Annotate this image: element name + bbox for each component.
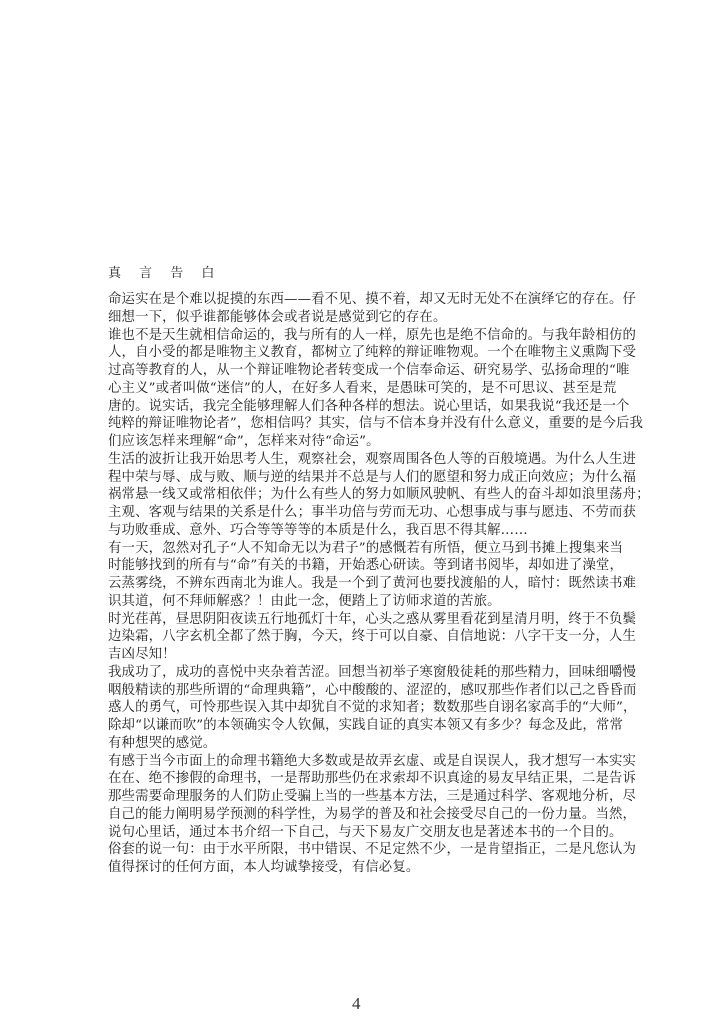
text-line: 那些需要命理服务的人们防止受骗上当的一些基本方法，三是通过科学、客观地分析，尽 — [108, 788, 618, 806]
text-line: 时能够找到的所有与“命”有关的书籍，开始悉心研读。等到诸书阅毕，却如进了澡堂， — [108, 557, 618, 575]
text-line: 边染霜，八字玄机全都了然于胸，今天，终于可以自豪、自信地说：八字干支一分，人生 — [108, 628, 618, 646]
text-line: 纯粹的辩证唯物论者”，您相信吗？其实，信与不信本身并没有什么意义，重要的是今后我 — [108, 415, 618, 433]
text-line: 有感于当今市面上的命理书籍绝大多数或是故弄玄虚、或是自误误人，我才想写一本实实 — [108, 753, 618, 771]
text-line: 俗套的说一句：由于水平所限，书中错误、不足定然不少，一是肯望指正，二是凡您认为 — [108, 841, 618, 859]
text-line: 祸常悬一线又或常相依伴；为什么有些人的努力如顺风驶帆、有些人的奋斗却如浪里荡舟； — [108, 486, 618, 504]
text-line: 自己的能力阐明易学预测的科学性，为易学的普及和社会接受尽自己的一份力量。当然， — [108, 806, 618, 824]
text-line: 除却“以谦而吹”的本领确实令人钦佩，实践自证的真实本领又有多少？每念及此，常常 — [108, 717, 618, 735]
page-number: 4 — [352, 994, 361, 1014]
text-line: 生活的波折让我开始思考人生，观察社会，观察周围各色人等的百般境遇。为什么人生进 — [108, 451, 618, 469]
body-text: 命运实在是个难以捉摸的东西——看不见、摸不着，却又无时无处不在演绎它的存在。仔 … — [108, 291, 618, 877]
text-line: 说句心里话，通过本书介绍一下自己，与天下易友广交朋友也是著述本书的一个目的。 — [108, 824, 618, 842]
document-page: 真 言 告 白 命运实在是个难以捉摸的东西——看不见、摸不着，却又无时无处不在演… — [0, 0, 724, 1024]
text-line: 惑人的勇气，可怜那些误入其中却犹自不觉的求知者；数数那些自诩名家高手的“大师”， — [108, 699, 618, 717]
text-line: 细想一下，似乎谁都能够体会或者说是感觉到它的存在。 — [108, 309, 618, 327]
text-line: 心主义”或者叫做“迷信”的人，在好多人看来，是愚昧可笑的，是不可思议、甚至是荒 — [108, 380, 618, 398]
text-line: 值得探讨的任何方面，本人均诚挚接受，有信必复。 — [108, 859, 618, 877]
text-line: 过高等教育的人，从一个辩证唯物论者转变成一个信奉命运、研究易学、弘扬命理的“唯 — [108, 362, 618, 380]
text-line: 命运实在是个难以捉摸的东西——看不见、摸不着，却又无时无处不在演绎它的存在。仔 — [108, 291, 618, 309]
text-line: 主观、客观与结果的关系是什么；事半功倍与劳而无功、心想事成与事与愿违、不劳而获 — [108, 504, 618, 522]
text-line: 云蒸雾绕，不辨东西南北为谁人。我是一个到了黄河也要找渡船的人，暗忖：既然读书难 — [108, 575, 618, 593]
text-line: 吉凶尽知！ — [108, 646, 618, 664]
text-line: 人，自小受的都是唯物主义教育，都树立了纯粹的辩证唯物观。一个在唯物主义熏陶下受 — [108, 344, 618, 362]
text-line: 在在、绝不掺假的命理书，一是帮助那些仍在求索却不识真途的易友早结正果，二是告诉 — [108, 770, 618, 788]
text-line: 时光荏苒，昼思阴阳夜读五行地孤灯十年，心头之惑从雾里看花到星清月明，终于不负鬓 — [108, 611, 618, 629]
text-line: 们应该怎样来理解“命”，怎样来对待“命运”。 — [108, 433, 618, 451]
text-line: 识其道，何不拜师解惑？！由此一念，便踏上了访师求道的苦旅。 — [108, 593, 618, 611]
section-title: 真 言 告 白 — [108, 262, 221, 281]
text-line: 唐的。说实话，我完全能够理解人们各种各样的想法。说心里话，如果我说“我还是一个 — [108, 398, 618, 416]
text-line: 程中荣与辱、成与败、顺与逆的结果并不总是与人们的愿望和努力成正向效应；为什么福 — [108, 469, 618, 487]
text-line: 有种想哭的感觉。 — [108, 735, 618, 753]
text-line: 咽般精读的那些所谓的“命理典籍”，心中酸酸的、涩涩的，感叹那些作者们以己之昏昏而 — [108, 682, 618, 700]
text-line: 谁也不是天生就相信命运的，我与所有的人一样，原先也是绝不信命的。与我年龄相仿的 — [108, 327, 618, 345]
text-line: 与功败垂成、意外、巧合等等等等的本质是什么，我百思不得其解…… — [108, 522, 618, 540]
text-line: 我成功了，成功的喜悦中夹杂着苦涩。回想当初举子寒窗般徒耗的那些精力，回味细嚼慢 — [108, 664, 618, 682]
text-line: 有一天，忽然对孔子“人不知命无以为君子”的感慨若有所悟，便立马到书摊上搜集来当 — [108, 540, 618, 558]
